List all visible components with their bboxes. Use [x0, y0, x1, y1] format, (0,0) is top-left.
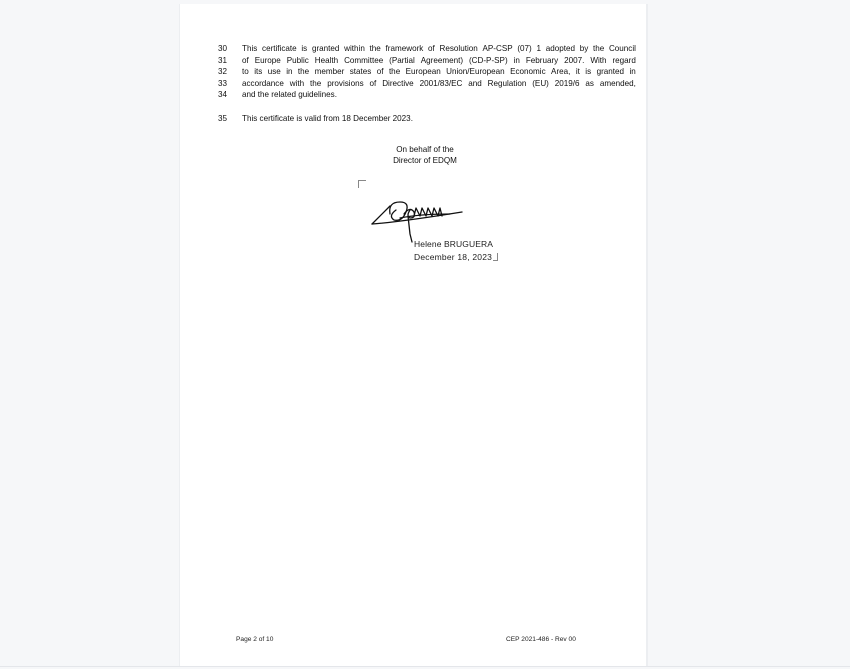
line-text: This certificate is valid from 18 Decemb… [242, 113, 636, 125]
page-number: Page 2 of 10 [236, 636, 273, 643]
document-reference: CEP 2021-486 - Rev 00 [506, 636, 576, 643]
line-number: 32 [218, 66, 238, 78]
line-text: Thiscertificateisgrantedwithintheframewo… [242, 43, 636, 55]
line-number: 30 [218, 43, 238, 55]
numbered-line: 32 toitsuseinthememberstatesoftheEuropea… [218, 66, 638, 78]
on-behalf-line: On behalf of the [350, 144, 500, 155]
signature-block: On behalf of the Director of EDQM [350, 144, 500, 166]
signature-date: December 18, 2023 [414, 252, 498, 262]
numbered-line: 35 This certificate is valid from 18 Dec… [218, 113, 638, 125]
document-viewer: 30 Thiscertificateisgrantedwithinthefram… [0, 0, 850, 669]
line-number: 35 [218, 113, 238, 125]
signature-date-text: December 18, 2023 [414, 252, 492, 262]
document-page: 30 Thiscertificateisgrantedwithinthefram… [179, 4, 648, 666]
line-text: and the related guidelines. [242, 89, 636, 101]
line-text: toitsuseinthememberstatesoftheEuropeanUn… [242, 66, 636, 78]
numbered-line: 30 Thiscertificateisgrantedwithinthefram… [218, 43, 638, 55]
bracket-mark-icon [493, 253, 498, 261]
director-line: Director of EDQM [350, 155, 500, 166]
signature-field-corner-icon [358, 180, 366, 188]
signer-name: Helene BRUGUERA [414, 239, 493, 249]
line-number: 34 [218, 89, 238, 101]
numbered-line: 34 and the related guidelines. [218, 89, 638, 101]
